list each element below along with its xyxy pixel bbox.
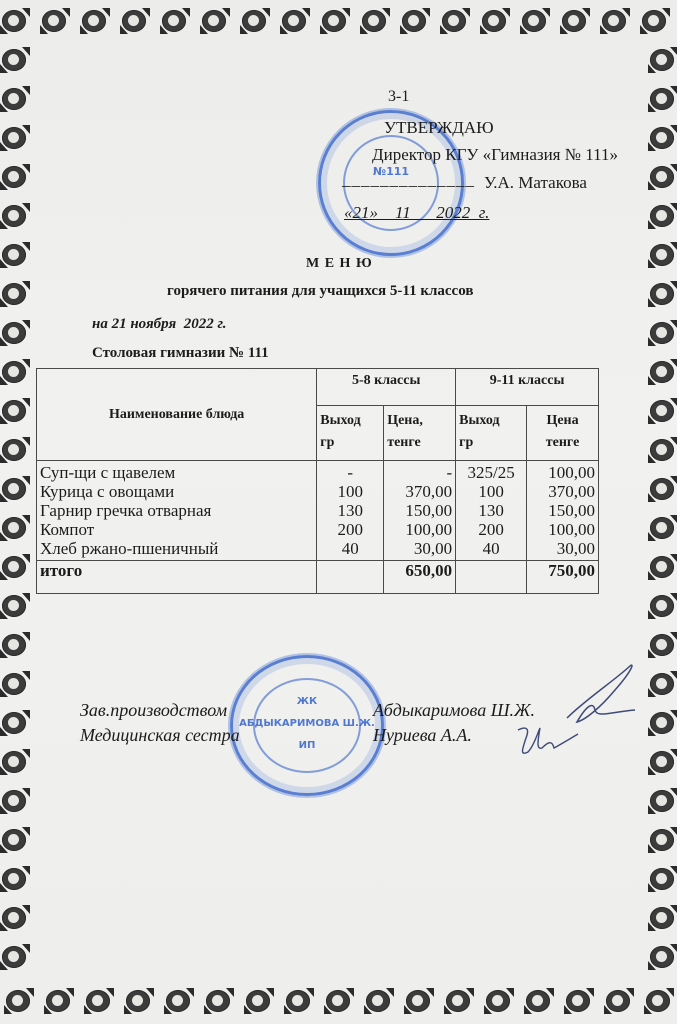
total-row: итого 650,00 750,00 — [37, 561, 599, 594]
menu-heading: М Е Н Ю — [306, 256, 373, 272]
flower-ornament-icon — [0, 944, 30, 970]
flower-ornament-icon — [244, 988, 274, 1014]
flower-ornament-icon — [648, 242, 677, 268]
flower-ornament-icon — [648, 203, 677, 229]
flower-ornament-icon — [648, 671, 677, 697]
flower-ornament-icon — [124, 988, 154, 1014]
flower-ornament-icon — [284, 988, 314, 1014]
total-price-9-11: 750,00 — [527, 561, 599, 594]
cell-value: 150,00 — [530, 501, 595, 520]
flower-ornament-icon — [648, 320, 677, 346]
flower-ornament-icon — [0, 866, 30, 892]
flower-ornament-icon — [648, 788, 677, 814]
flower-ornament-icon — [0, 203, 30, 229]
header-price-9-11: Цена тенге — [527, 406, 599, 461]
flower-ornament-icon — [648, 437, 677, 463]
flower-ornament-icon — [648, 632, 677, 658]
flower-ornament-icon — [0, 476, 30, 502]
flower-ornament-icon — [120, 8, 150, 34]
flower-ornament-icon — [84, 988, 114, 1014]
yield-9-11-column: 325/2510013020040 — [456, 461, 527, 561]
cell-value: 100,00 — [530, 520, 595, 539]
flower-ornament-icon — [648, 359, 677, 385]
flower-ornament-icon — [0, 632, 30, 658]
dish-name: Хлеб ржано-пшеничный — [40, 539, 313, 558]
dish-name: Курица с овощами — [40, 482, 313, 501]
flower-ornament-icon — [520, 8, 550, 34]
cell-value: - — [320, 463, 380, 482]
flower-ornament-icon — [564, 988, 594, 1014]
ip-stamp: ЖК АБДЫКАРИМОВА Ш.Ж. ИП — [230, 655, 384, 796]
cell-value: 370,00 — [387, 482, 452, 501]
flower-ornament-icon — [0, 8, 30, 34]
flower-ornament-icon — [0, 788, 30, 814]
cell-value: 370,00 — [530, 482, 595, 501]
flower-ornament-icon — [648, 164, 677, 190]
cell-value: 150,00 — [387, 501, 452, 520]
flower-ornament-icon — [648, 710, 677, 736]
flower-ornament-icon — [648, 47, 677, 73]
flower-ornament-icon — [0, 242, 30, 268]
approval-position: Директор КГУ «Гимназия № 111» — [372, 145, 618, 165]
flower-ornament-icon — [0, 710, 30, 736]
flower-ornament-icon — [164, 988, 194, 1014]
flower-ornament-icon — [484, 988, 514, 1014]
flower-ornament-icon — [0, 749, 30, 775]
flower-ornament-icon — [0, 281, 30, 307]
menu-subheading: горячего питания для учащихся 5-11 класс… — [167, 283, 473, 300]
name-nurse: Нуриева А.А. — [373, 725, 472, 746]
page-number: 3-1 — [388, 88, 409, 106]
role-production-head: Зав.производством — [80, 700, 227, 721]
flower-ornament-icon — [0, 905, 30, 931]
flower-ornament-icon — [0, 164, 30, 190]
flower-ornament-icon — [648, 476, 677, 502]
flower-ornament-icon — [44, 988, 74, 1014]
flower-ornament-icon — [0, 437, 30, 463]
flower-ornament-icon — [364, 988, 394, 1014]
flower-ornament-icon — [360, 8, 390, 34]
flower-ornament-icon — [0, 593, 30, 619]
cell-value: 130 — [320, 501, 380, 520]
price-5-8-column: -370,00150,00100,0030,00 — [384, 461, 456, 561]
cell-value: - — [387, 463, 452, 482]
header-yield-9-11: Выход гр — [456, 406, 527, 461]
header-dish-name: Наименование блюда — [37, 369, 317, 461]
flower-ornament-icon — [200, 8, 230, 34]
total-label: итого — [37, 561, 317, 594]
cell-value: 40 — [320, 539, 380, 558]
flower-ornament-icon — [0, 671, 30, 697]
menu-table: Наименование блюда 5-8 классы 9-11 класс… — [36, 368, 599, 594]
flower-ornament-icon — [0, 827, 30, 853]
cell-value: 100 — [459, 482, 523, 501]
flower-ornament-icon — [560, 8, 590, 34]
flower-ornament-icon — [280, 8, 310, 34]
flower-ornament-icon — [0, 125, 30, 151]
flower-ornament-icon — [0, 398, 30, 424]
cell-value: 100,00 — [387, 520, 452, 539]
flower-ornament-icon — [648, 398, 677, 424]
signature-nurse — [512, 722, 582, 762]
signatory-line: ______________ — [342, 170, 475, 190]
flower-ornament-icon — [400, 8, 430, 34]
cell-value: 325/25 — [459, 463, 523, 482]
flower-ornament-icon — [648, 125, 677, 151]
yield-5-8-column: -10013020040 — [317, 461, 384, 561]
flower-ornament-icon — [600, 8, 630, 34]
flower-ornament-icon — [524, 988, 554, 1014]
role-nurse: Медицинская сестра — [80, 725, 240, 746]
flower-ornament-icon — [640, 8, 670, 34]
flower-ornament-icon — [0, 86, 30, 112]
flower-ornament-icon — [648, 554, 677, 580]
menu-date: на 21 ноября 2022 г. — [92, 316, 227, 333]
flower-ornament-icon — [440, 8, 470, 34]
flower-ornament-icon — [0, 320, 30, 346]
flower-ornament-icon — [604, 988, 634, 1014]
cell-value: 200 — [320, 520, 380, 539]
document-page: №111 3-1 УТВЕРЖДАЮ Директор КГУ «Гимнази… — [0, 0, 677, 1024]
cell-value: 200 — [459, 520, 523, 539]
header-yield-5-8: Выход гр — [317, 406, 384, 461]
flower-ornament-icon — [480, 8, 510, 34]
flower-ornament-icon — [648, 281, 677, 307]
flower-ornament-icon — [240, 8, 270, 34]
signatory-name: У.А. Матакова — [484, 173, 587, 193]
flower-ornament-icon — [444, 988, 474, 1014]
dish-name: Компот — [40, 520, 313, 539]
flower-ornament-icon — [320, 8, 350, 34]
signature-production-head — [555, 660, 645, 730]
flower-ornament-icon — [648, 749, 677, 775]
flower-ornament-icon — [648, 905, 677, 931]
flower-ornament-icon — [648, 944, 677, 970]
flower-ornament-icon — [80, 8, 110, 34]
flower-ornament-icon — [324, 988, 354, 1014]
cell-value: 30,00 — [530, 539, 595, 558]
flower-ornament-icon — [0, 554, 30, 580]
cell-value: 100 — [320, 482, 380, 501]
dish-column: Суп-щи с щавелемКурица с овощамиГарнир г… — [37, 461, 317, 561]
approval-date: «21» 11 2022 г. — [344, 203, 489, 223]
flower-ornament-icon — [644, 988, 674, 1014]
flower-ornament-icon — [648, 515, 677, 541]
cell-value: 30,00 — [387, 539, 452, 558]
flower-ornament-icon — [4, 988, 34, 1014]
flower-ornament-icon — [404, 988, 434, 1014]
flower-ornament-icon — [0, 359, 30, 385]
flower-ornament-icon — [648, 593, 677, 619]
total-price-5-8: 650,00 — [384, 561, 456, 594]
cell-value: 40 — [459, 539, 523, 558]
flower-ornament-icon — [648, 866, 677, 892]
approval-title: УТВЕРЖДАЮ — [384, 118, 494, 138]
cell-value: 100,00 — [530, 463, 595, 482]
flower-ornament-icon — [0, 47, 30, 73]
header-group-5-8: 5-8 классы — [317, 369, 456, 406]
flower-ornament-icon — [648, 86, 677, 112]
canteen-name: Столовая гимназии № 111 — [92, 345, 269, 362]
flower-ornament-icon — [648, 827, 677, 853]
header-price-5-8: Цена, тенге — [384, 406, 456, 461]
cell-value: 130 — [459, 501, 523, 520]
table-body-row: Суп-щи с щавелемКурица с овощамиГарнир г… — [37, 461, 599, 561]
header-group-9-11: 9-11 классы — [456, 369, 599, 406]
flower-ornament-icon — [160, 8, 190, 34]
dish-name: Гарнир гречка отварная — [40, 501, 313, 520]
flower-ornament-icon — [0, 515, 30, 541]
name-production-head: Абдыкаримова Ш.Ж. — [373, 700, 535, 721]
flower-ornament-icon — [204, 988, 234, 1014]
price-9-11-column: 100,00370,00150,00100,0030,00 — [527, 461, 599, 561]
dish-name: Суп-щи с щавелем — [40, 463, 313, 482]
flower-ornament-icon — [40, 8, 70, 34]
